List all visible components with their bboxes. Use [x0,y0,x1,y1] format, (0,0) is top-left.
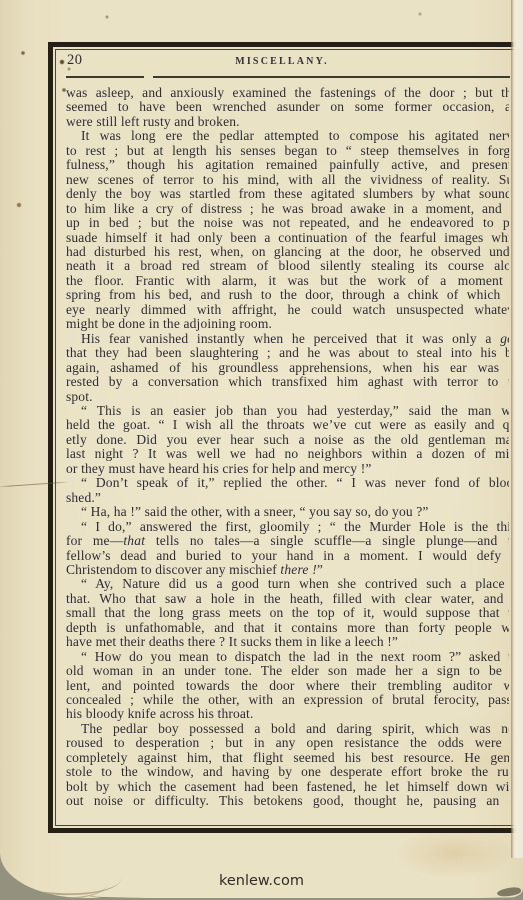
text-line: “ How do you mean to dispatch the lad in… [66,650,509,664]
text-line: small that the long grass meets on the t… [66,606,509,620]
text-line: “ Don’t speak of it,” replied the other.… [66,476,509,490]
text-line: that. Who that saw a hole in the heath, … [66,592,509,606]
text-line: completely against him, that flight seem… [66,751,509,765]
book-page: 20 MISCELLANY. was asleep, and anxiously… [0,0,523,898]
text-line: his bloody knife across his throat. [66,707,509,721]
text-line: The pedlar boy possessed a bold and dari… [66,722,509,736]
text-line: fulness,” though his agitation remained … [66,158,509,172]
text-line: roused to desperation ; but in any open … [66,736,509,750]
watermark: kenlew.com [0,873,523,889]
adjacent-page-edge [511,0,523,858]
body-text: was asleep, and anxiously examined the f… [66,86,509,814]
text-line: fellow’s dead and buried to your hand in… [66,549,509,563]
text-line: etly done. Did you ever hear such a nois… [66,433,509,447]
text-line: concealed ; while the other, with an exp… [66,693,509,707]
text-line: stole to the window, and having by one d… [66,765,509,779]
text-line: seemed to have been wrenched asunder on … [66,100,509,114]
running-title: MISCELLANY. [50,56,514,67]
text-line: the floor. Frantic with alarm, it was bu… [66,274,509,288]
text-line: were still left rusty and broken. [66,115,509,129]
text-line: suade himself it had only been a continu… [66,231,509,245]
text-line: “ Ha, ha !” said the other, with a sneer… [66,505,509,519]
text-line: shed.” [66,491,509,505]
text-line: rested by a conversation which transfixe… [66,375,509,389]
text-line: “ I do,” answered the first, gloomily ; … [66,520,509,534]
text-line: held the goat. “ I wish all the throats … [66,418,509,432]
text-line: His fear vanished instantly when he perc… [66,332,509,346]
header-rule-left [66,76,144,78]
text-line: out noise or difficulty. This betokens g… [66,794,509,808]
text-line: spring from his bed, and rush to the doo… [66,288,509,302]
text-line: lent, and pointed towards the door where… [66,679,509,693]
text-line: last night ? It was well we had no neigh… [66,447,509,461]
text-lines: was asleep, and anxiously examined the f… [66,86,509,809]
text-line: was asleep, and anxiously examined the f… [66,86,509,100]
text-line: new scenes of terror to his mind, with a… [66,173,509,187]
text-line: old woman in an under tone. The elder so… [66,664,509,678]
text-line: or they must have heard his cries for he… [66,462,509,476]
text-line: might be done in the adjoining room. [66,317,509,331]
text-line: spot. [66,390,509,404]
text-line: denly the boy was startled from these ag… [66,187,509,201]
page-bottom-shadow [90,890,523,898]
text-line: Christendom to discover any mischief the… [66,563,509,577]
text-line: “ Ay, Nature did us a good turn when she… [66,577,509,591]
text-line: had disturbed his rest, when, on glancin… [66,245,509,259]
header-rule-right [153,76,510,78]
text-line: bolt by which the casement had been fast… [66,780,509,794]
text-line: neath it a broad red stream of blood sil… [66,259,509,273]
text-line: depth is unfathomable, and that it conta… [66,621,509,635]
text-line: eye nearly dimmed with affright, he coul… [66,303,509,317]
scan-stage: 20 MISCELLANY. was asleep, and anxiously… [0,0,523,900]
text-line: to rest ; but at length his senses began… [66,144,509,158]
text-line: again, ashamed of his groundless apprehe… [66,361,509,375]
text-line: that they had been slaughtering ; and he… [66,346,509,360]
text-line: It was long ere the pedlar attempted to … [66,129,509,143]
text-line: up in bed ; but the noise was not repeat… [66,216,509,230]
text-line: “ This is an easier job than you had yes… [66,404,509,418]
text-line: have met their deaths there ? It sucks t… [66,635,509,649]
text-line: to him like a cry of distress ; he was b… [66,202,509,216]
text-line: for me—that tells no tales—a single scuf… [66,534,509,548]
